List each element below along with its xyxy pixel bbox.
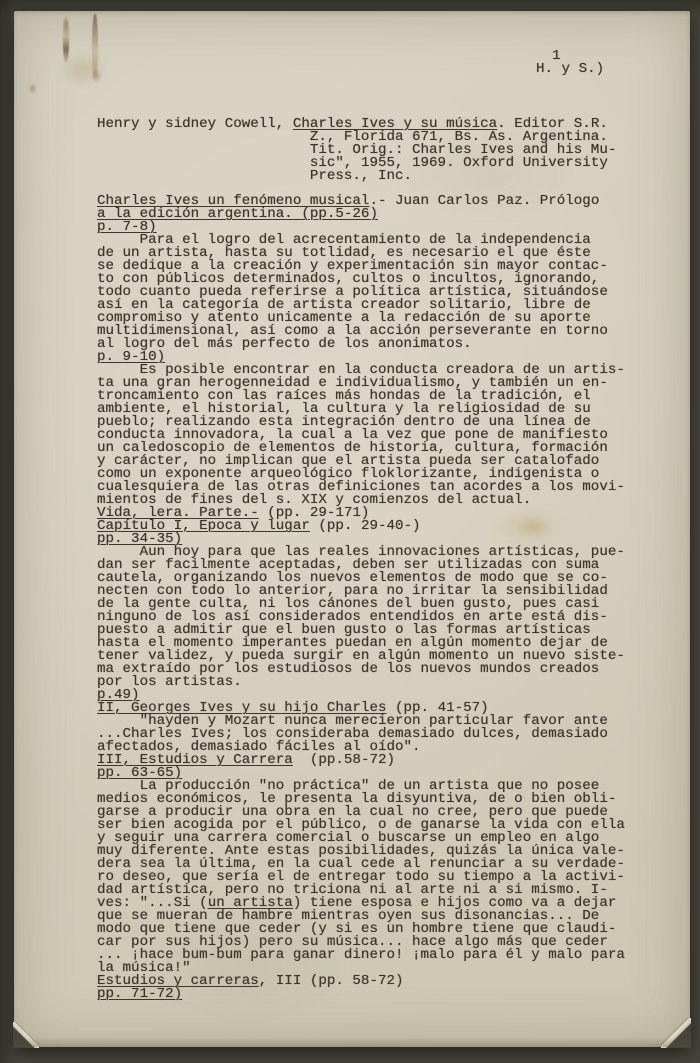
page-edge-shadow — [14, 1037, 690, 1047]
bibliography-block: Henry y sidney Cowell, Charles Ives y su… — [97, 118, 625, 183]
text-line: a la edición argentina. (pp.5-26) — [97, 208, 625, 221]
text-line: Press., Inc. — [97, 170, 625, 183]
text-segment: , III (pp. 58-72) — [259, 973, 404, 989]
text-segment: Press., Inc. — [97, 168, 412, 184]
typewritten-text: Henry y sidney Cowell, Charles Ives y su… — [97, 118, 625, 1001]
text-line: al logro del más perfecto de los anonima… — [97, 338, 625, 351]
text-line: por los artistas. — [97, 676, 625, 689]
smudge-stain — [58, 51, 106, 89]
spot-stain — [90, 69, 102, 83]
text-segment: (pp. 29-40-) — [310, 518, 421, 534]
ink-drip-stain — [63, 15, 69, 63]
body-block: Charles Ives un fenómeno musical.- Juan … — [97, 195, 625, 1001]
paper-page: 1 H. y S.) Henry y sidney Cowell, Charle… — [14, 11, 690, 1047]
text-line: pp. 71-72) — [97, 988, 625, 1001]
ink-drip-stain — [92, 14, 98, 80]
archive-code: H. y S.) — [536, 63, 604, 76]
text-segment: .- Juan Carlos Paz. Prólogo — [369, 193, 599, 209]
scan-background: 1 H. y S.) Henry y sidney Cowell, Charle… — [0, 0, 700, 1063]
text-segment: (pp.58-72) — [293, 752, 395, 768]
edge-spot-stain — [28, 83, 37, 94]
underlined-text: pp. 71-72) — [97, 986, 182, 1002]
